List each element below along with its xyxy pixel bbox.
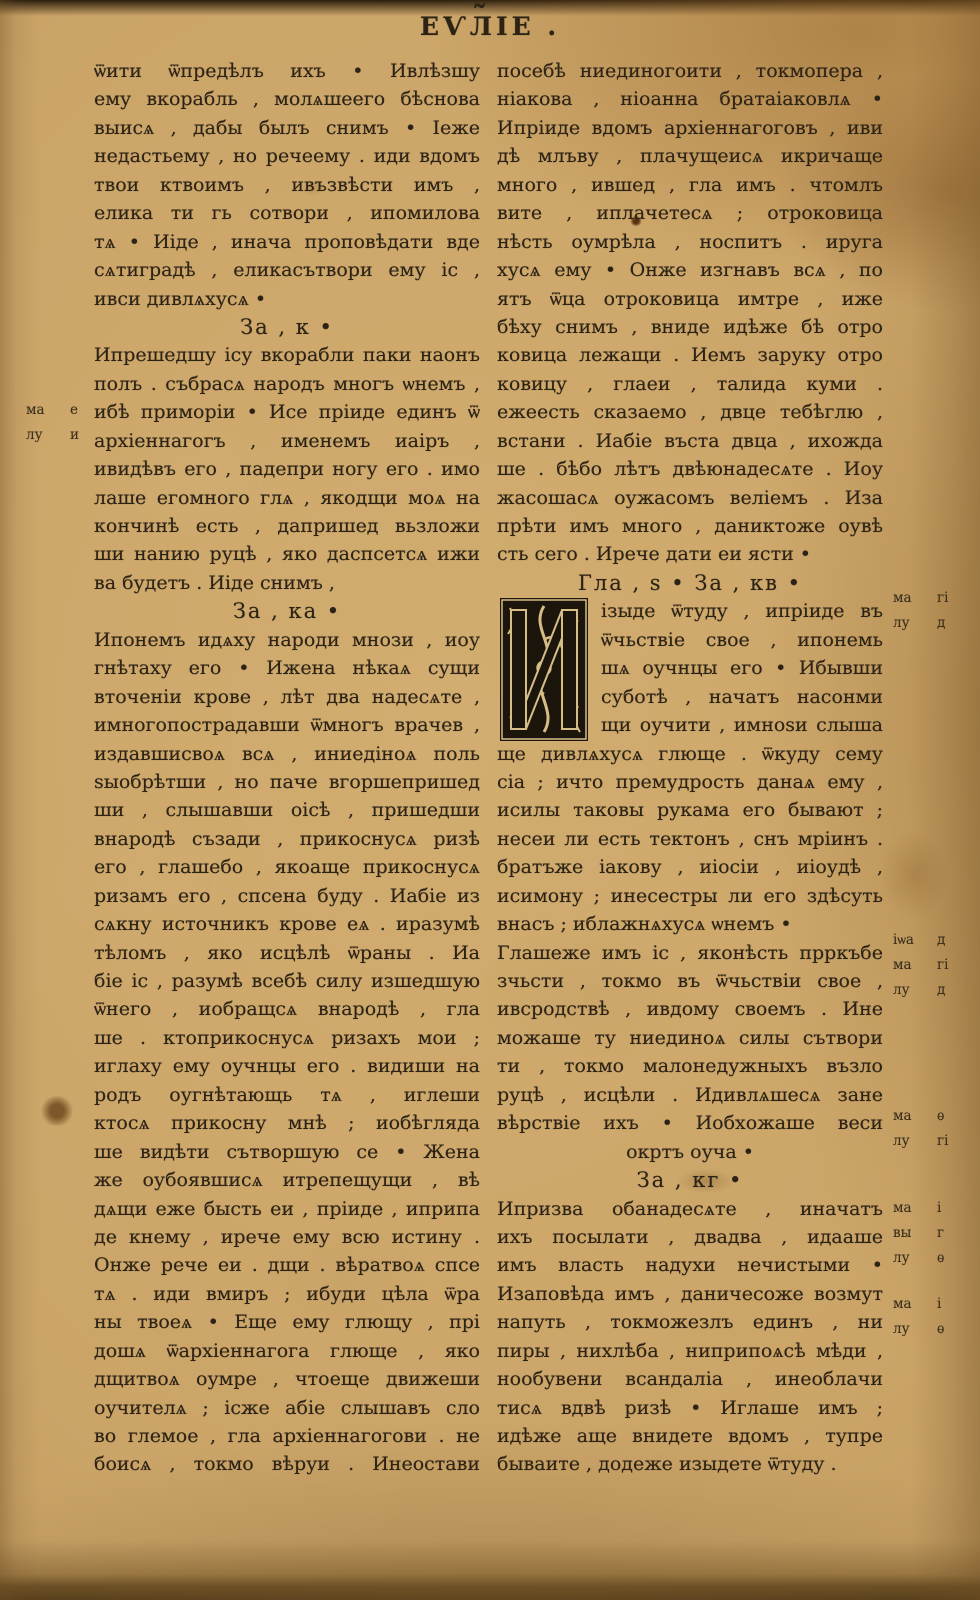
text-line: ѕыобрѣтши , но паче вгоршепришед: [94, 768, 480, 796]
text-line: много , ившед , гла имъ . чтомлъ: [497, 171, 883, 199]
text-line: дѧщи еже бысть еи , пріиде , иприпа: [94, 1195, 480, 1223]
text-column-right: посебѣ ниединогоити , токмопера ,ніакова…: [497, 57, 883, 1479]
margin-book-abbrev: ма: [26, 398, 70, 423]
text-line: ны твоеѧ • Еще ему глющу , прі: [94, 1308, 480, 1336]
text-line: пиры , нихлѣба , ниприпоѧсѣ мѣди ,: [497, 1337, 883, 1365]
section-heading: За , к •: [94, 313, 480, 341]
margin-book-abbrev: ма: [893, 953, 937, 978]
text-line: его , глашебо , якоаще прикоснусѧ: [94, 853, 480, 881]
margin-reference: іѡадмагілуд: [893, 928, 971, 1003]
margin-chapter-numeral: гі: [937, 1129, 967, 1154]
text-line: ризамъ его , спсена буду . Иабіе из: [94, 882, 480, 910]
text-line: ежеесть сказаемо , двце тебѣглю ,: [497, 398, 883, 426]
section-heading: Гла , ѕ • За , кв •: [497, 569, 883, 597]
text-line: гнѣтаху его • Ижена нѣкаѧ сущи: [94, 654, 480, 682]
margin-book-abbrev: лу: [893, 978, 937, 1003]
text-line: исимону ; инесестры ли его здѣсуть: [497, 882, 883, 910]
text-line: елика ти гь сотвори , ипомилова: [94, 199, 480, 227]
margin-chapter-numeral: д: [937, 611, 967, 636]
text-line: зчьсти , токмо въ ѿчьствіи свое ,: [497, 967, 883, 995]
margin-chapter-numeral: гі: [937, 586, 967, 611]
text-line: ти , токмо малонедужныхъ възло: [497, 1052, 883, 1080]
text-line: ивидѣвъ его , падепри ногу его . имо: [94, 455, 480, 483]
margin-book-abbrev: ма: [893, 1292, 937, 1317]
text-line: дѣ млъву , плачущеисѧ икричаще: [497, 142, 883, 170]
text-line: вѣрствіе ихъ • Иобхожаше веси: [497, 1109, 883, 1137]
text-line: выисѧ , дабы былъ снимъ • Іеже: [94, 114, 480, 142]
text-line: біе іс , разумѣ всебѣ силу изшедшую: [94, 967, 480, 995]
text-line: братъже іакову , иіосіи , иіоудѣ ,: [497, 853, 883, 881]
margin-book-abbrev: лу: [893, 1317, 937, 1342]
text-line: Ипонемъ идѧху народи мнози , иоу: [94, 626, 480, 654]
margin-reference: маівыглуѳ: [893, 1196, 971, 1271]
section-heading: За , кг •: [497, 1166, 883, 1194]
text-line: ва будетъ . Иіде снимъ ,: [94, 569, 480, 597]
text-line: полъ . събрасѧ народъ многъ ѡнемъ ,: [94, 370, 480, 398]
text-line: же оубоявшисѧ итрепещущи , вѣ: [94, 1166, 480, 1194]
margin-reference: маѳлугі: [893, 1104, 971, 1154]
text-line: ѿнего , иобращсѧ внародѣ , гла: [94, 995, 480, 1023]
text-line: ковица лежащи . Иемъ заруку отро: [497, 341, 883, 369]
text-line: бѣху снимъ , вниде идѣже бѣ отро: [497, 313, 883, 341]
text-line: идѣже аще внидете вдомъ , тупре: [497, 1422, 883, 1450]
text-line: Онже рече еи . дщи . вѣратвоѧ спсе: [94, 1251, 480, 1279]
text-line: родъ оугнѣтающь тѧ , иглеши: [94, 1081, 480, 1109]
margin-chapter-numeral: д: [937, 928, 967, 953]
margin-chapter-numeral: ѳ: [937, 1104, 967, 1129]
text-line: де кнему , ирече ему всю истину .: [94, 1223, 480, 1251]
woodcut-initial-letter-I: [500, 598, 588, 741]
margin-book-abbrev: іѡа: [893, 928, 937, 953]
brown-blotch-stain: [40, 1096, 74, 1126]
titlo-mark: ˜: [472, 0, 495, 35]
text-line: можаше ту ниединоѧ силы сътвори: [497, 1024, 883, 1052]
text-line: Ипрешедшу ісу вкорабли паки наонъ: [94, 341, 480, 369]
text-line: ибѣ приморіи • Исе пріиде единъ ѿ: [94, 398, 480, 426]
text-line: твои ктвоимъ , ивъзвѣсти имъ ,: [94, 171, 480, 199]
margin-chapter-numeral: и: [70, 423, 100, 448]
text-line: встани . Иабіе въста двца , ихожда: [497, 427, 883, 455]
margin-chapter-numeral: г: [937, 1221, 967, 1246]
text-line: дошѧ ѿархіеннагога глюще , яко: [94, 1337, 480, 1365]
text-line: бываите , додеже изыдете ѿтуду .: [497, 1450, 883, 1478]
text-line: ковицу , глаеи , талида куми .: [497, 370, 883, 398]
margin-book-abbrev: лу: [893, 1246, 937, 1271]
text-line: архіеннагогъ , именемъ иаіръ ,: [94, 427, 480, 455]
margin-chapter-numeral: і: [937, 1292, 967, 1317]
text-line: сѧтиградѣ , еликасътвори ему іс ,: [94, 256, 480, 284]
margin-reference: маелуи: [26, 398, 104, 448]
margin-book-abbrev: лу: [893, 1129, 937, 1154]
text-line: тѧ . иди вмиръ ; ибуди цѣла ѿра: [94, 1280, 480, 1308]
text-line: оучителѧ ; ісже абіе слышавъ сло: [94, 1394, 480, 1422]
text-line: окртъ оуча •: [497, 1138, 883, 1166]
text-line: ятъ ѿца отроковица имтре , иже: [497, 285, 883, 313]
text-line: посебѣ ниединогоити , токмопера ,: [497, 57, 883, 85]
text-line: ше видѣти сътворшую се • Жена: [94, 1138, 480, 1166]
text-line: ѿити ѿпредѣлъ ихъ • Ивлѣзшу: [94, 57, 480, 85]
text-line: сіа ; ичто премудрость данаѧ ему ,: [497, 768, 883, 796]
text-line: тѣломъ , яко исцѣлѣ ѿраны . Иа: [94, 939, 480, 967]
text-line: вточеніи крове , лѣт два надесѧте ,: [94, 683, 480, 711]
text-line: кончинѣ есть , дапришед вьзложи: [94, 512, 480, 540]
text-line: сть сего . Ирече дати еи ясти •: [497, 540, 883, 568]
margin-reference: маілуѳ: [893, 1292, 971, 1342]
text-line: тисѧ вдвѣ ризѣ • Иглаше имъ ;: [497, 1394, 883, 1422]
text-line: нообувени всандаліа , инеоблачи: [497, 1365, 883, 1393]
text-line: прѣти имъ много , даниктоже оувѣ: [497, 512, 883, 540]
text-line: несеи ли есть тектонъ , снъ мріинъ .: [497, 825, 883, 853]
text-line: Изаповѣда имъ , даничесоже возмут: [497, 1280, 883, 1308]
text-line: хусѧ ему • Онже изгнавъ всѧ , по: [497, 256, 883, 284]
text-line: руцѣ , исцѣли . Идивлѧшесѧ зане: [497, 1081, 883, 1109]
text-line: ктосѧ прикосну мнѣ ; иобѣгляда: [94, 1109, 480, 1137]
margin-book-abbrev: лу: [26, 423, 70, 448]
text-line: сѧкну источникъ крове еѧ . иразумѣ: [94, 910, 480, 938]
margin-chapter-numeral: е: [70, 398, 100, 423]
margin-chapter-numeral: д: [937, 978, 967, 1003]
text-line: внародѣ съзади , прикоснусѧ ризѣ: [94, 825, 480, 853]
margin-book-abbrev: лу: [893, 611, 937, 636]
text-line: ивсродствѣ , ивдому своемъ . Ине: [497, 995, 883, 1023]
edge-stain: [880, 830, 950, 920]
text-line: внасъ ; иблажнѧхусѧ ѡнемъ •: [497, 910, 883, 938]
text-line: ши нанию руцѣ , яко даспсетсѧ ижи: [94, 540, 480, 568]
text-line: имъ власть надухи нечистыми •: [497, 1251, 883, 1279]
text-column-left: ѿити ѿпредѣлъ ихъ • Ивлѣзшуему вкорабль …: [94, 57, 480, 1479]
margin-book-abbrev: ма: [893, 1196, 937, 1221]
text-line: Глашеже имъ іс , яконѣсть прркъбе: [497, 939, 883, 967]
text-line: Ипріиде вдомъ архіеннагоговъ , иви: [497, 114, 883, 142]
text-line: издавшисвоѧ всѧ , иниедіноѧ поль: [94, 740, 480, 768]
text-line: недастьему , но речеему . иди вдомъ: [94, 142, 480, 170]
text-line: дщитвоѧ оумре , чтоеще движеши: [94, 1365, 480, 1393]
running-head-title: ЕѴЛІЕ . ˜: [0, 12, 980, 41]
text-line: ше . бѣбо лѣтъ двѣюнадесѧте . Иоу: [497, 455, 883, 483]
margin-reference: магілуд: [893, 586, 971, 636]
text-line: вите , иплачетесѧ ; отроковица: [497, 199, 883, 227]
text-line: имногопострадавши ѿмногъ врачев ,: [94, 711, 480, 739]
text-line: лаше егомного глѧ , якодщи моѧ на: [94, 484, 480, 512]
text-line: ему вкорабль , молѧшеего бѣснова: [94, 85, 480, 113]
margin-chapter-numeral: і: [937, 1196, 967, 1221]
text-line: ивси дивлѧхусѧ •: [94, 285, 480, 313]
text-line: во глемое , гла архіеннагогови . не: [94, 1422, 480, 1450]
text-line: исилы таковы рукама его бывают ;: [497, 796, 883, 824]
margin-book-abbrev: вы: [893, 1221, 937, 1246]
margin-book-abbrev: ма: [893, 1104, 937, 1129]
margin-book-abbrev: ма: [893, 586, 937, 611]
text-line: иглаху ему оучнцы его . видиши на: [94, 1052, 480, 1080]
margin-chapter-numeral: ѳ: [937, 1246, 967, 1271]
text-line: ще дивлѧхусѧ глюще . ѿкуду сему: [497, 740, 883, 768]
text-line: ніакова , ніоанна братаіаковлѧ •: [497, 85, 883, 113]
margin-chapter-numeral: ѳ: [937, 1317, 967, 1342]
text-line: нѣсть оумрѣла , носпитъ . ируга: [497, 228, 883, 256]
text-line: напуть , токможезлъ единъ , ни: [497, 1308, 883, 1336]
text-line: боисѧ , токмо вѣруи . Инеостави: [94, 1450, 480, 1478]
section-heading: За , ка •: [94, 597, 480, 625]
text-line: ше . ктоприкоснусѧ ризахъ мои ;: [94, 1024, 480, 1052]
text-line: ихъ посылати , двадва , идааше: [497, 1223, 883, 1251]
text-line: тѧ • Иіде , инача проповѣдати вде: [94, 228, 480, 256]
margin-chapter-numeral: гі: [937, 953, 967, 978]
text-line: ши , слышавши оісѣ , пришедши: [94, 796, 480, 824]
gospel-page: ЕѴЛІЕ . ˜ ѿити ѿпредѣлъ ихъ • Ивлѣзшуему…: [0, 0, 980, 1600]
text-line: жасошасѧ оужасомъ веліемъ . Иза: [497, 484, 883, 512]
text-line: Ипризва обанадесѧте , иначатъ: [497, 1195, 883, 1223]
